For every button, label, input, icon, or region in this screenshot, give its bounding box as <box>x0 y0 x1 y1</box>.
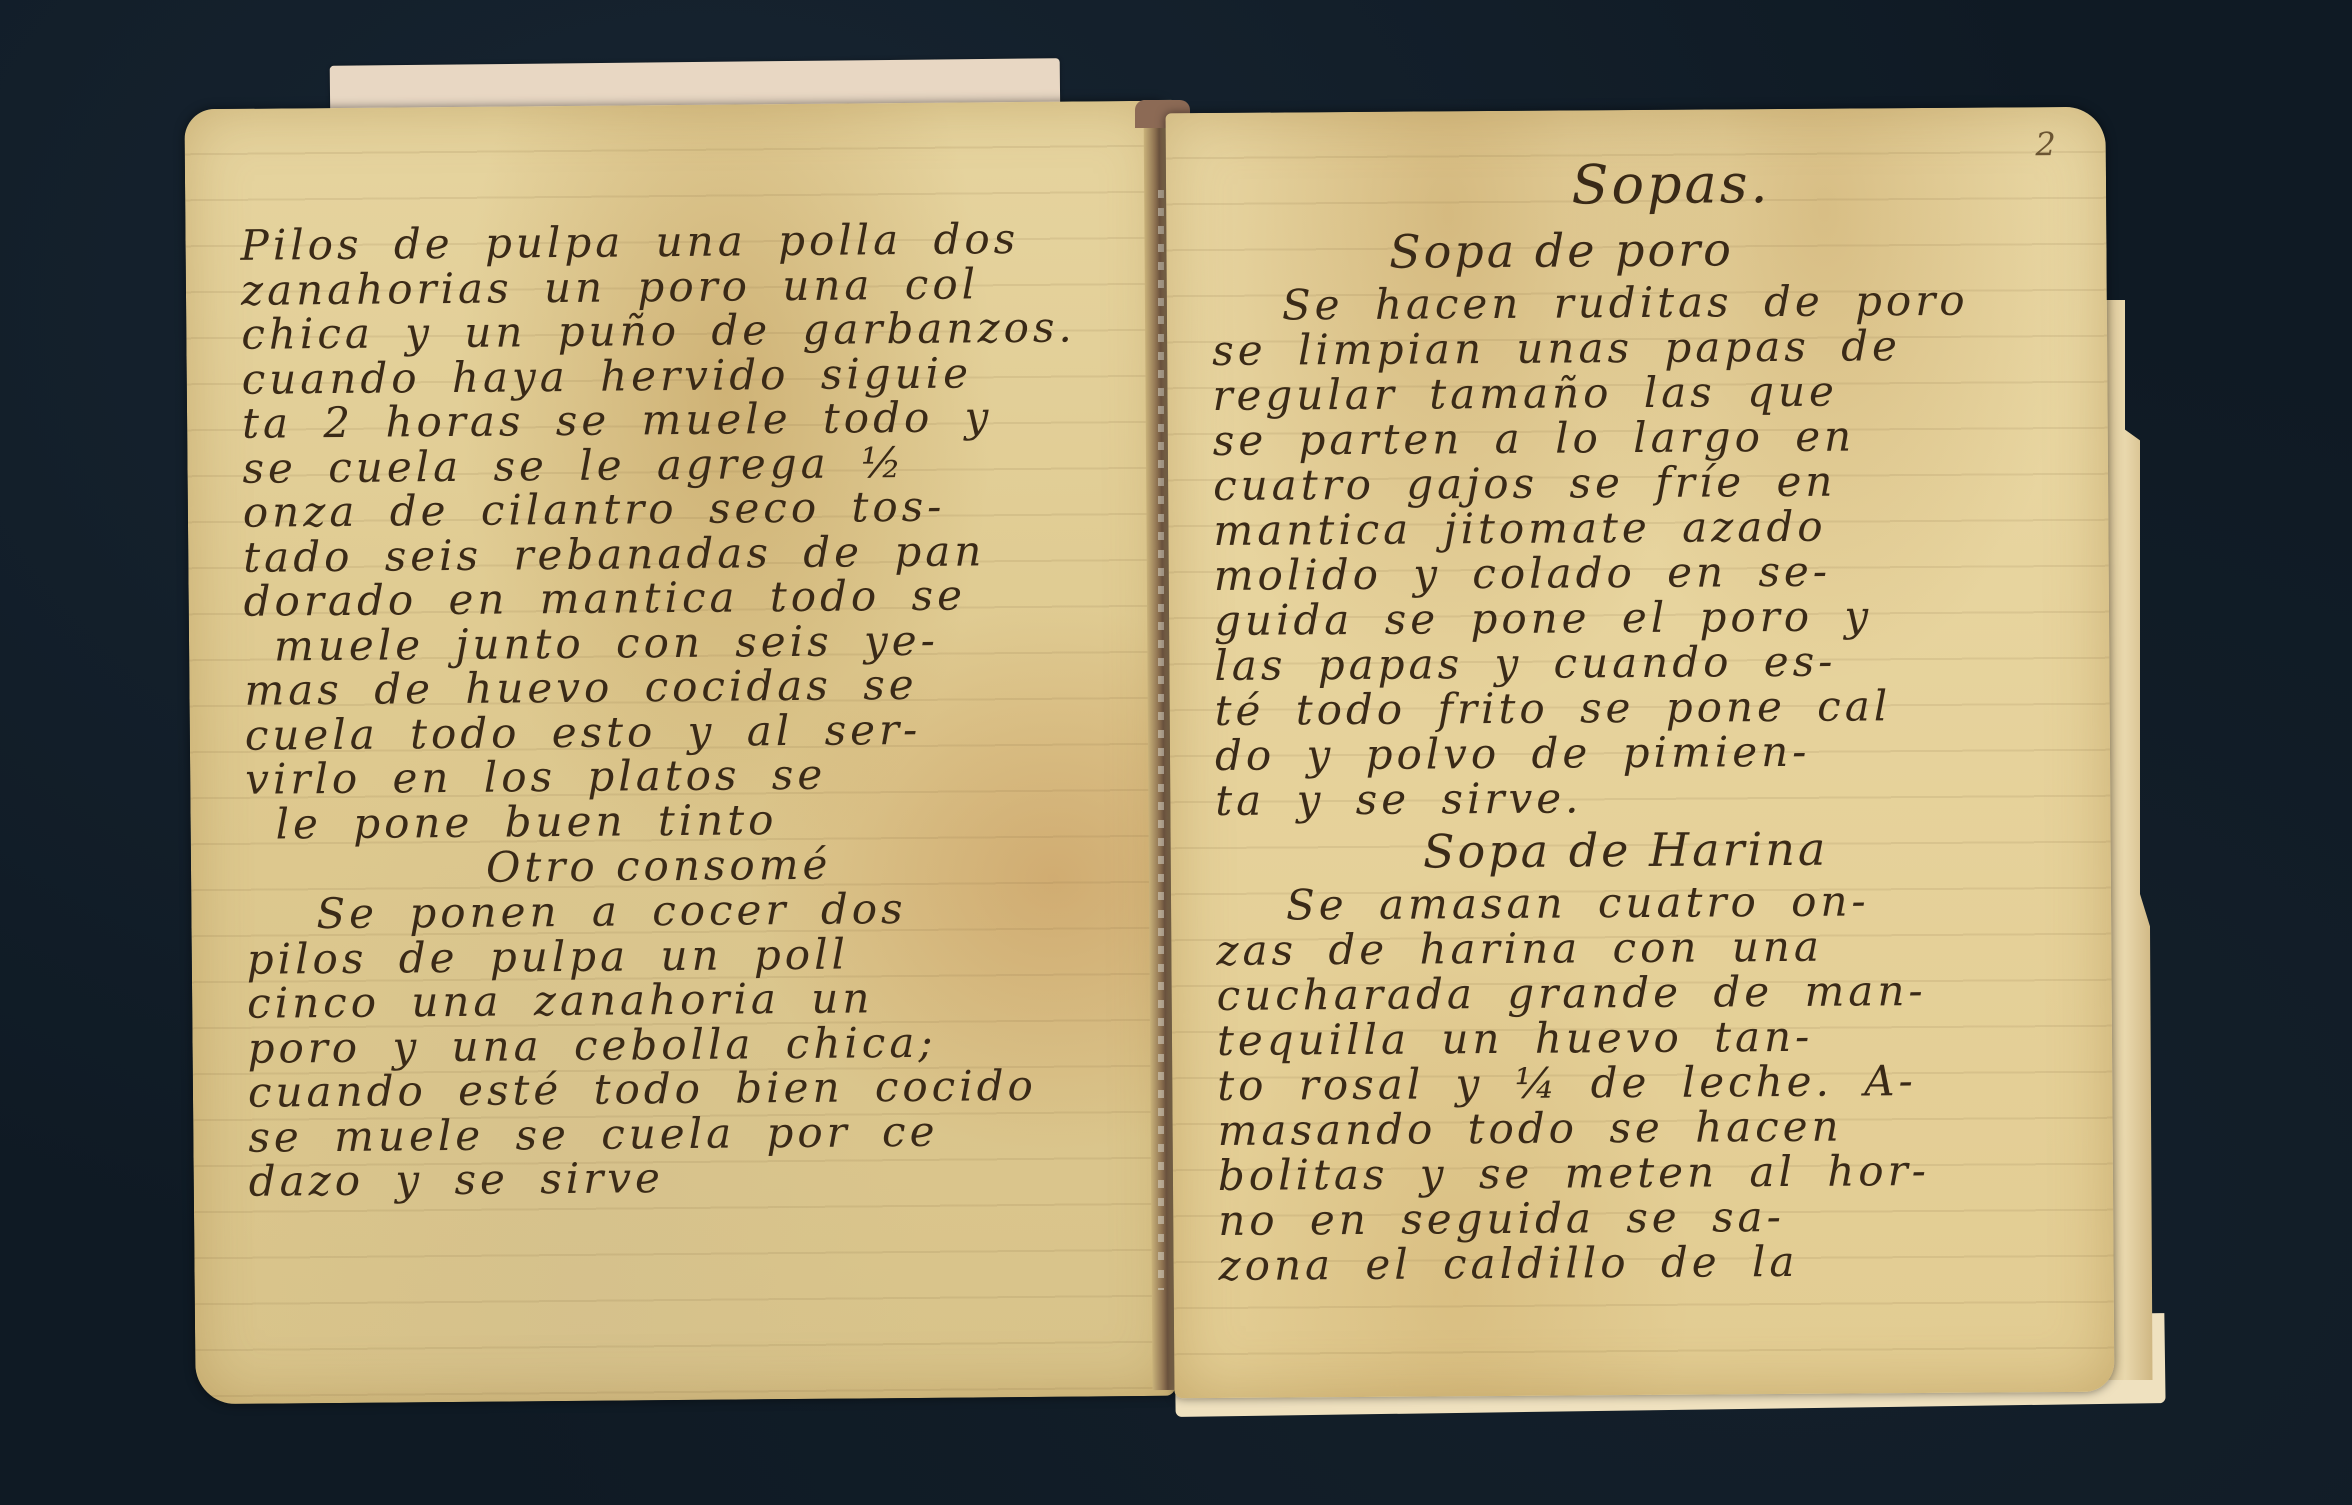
handwritten-line: chica y un puño de garbanzos. <box>241 305 1121 357</box>
handwritten-line: guida se pone el poro y <box>1214 592 2074 643</box>
handwritten-line: cinco una zanahoria un <box>247 974 1127 1026</box>
binding-thread <box>1158 190 1164 1290</box>
handwritten-line: masando todo se hacen <box>1217 1102 2077 1153</box>
handwritten-line: tequilla un huevo tan- <box>1217 1012 2077 1063</box>
handwritten-line: Se hacen ruditas de poro <box>1212 277 2072 328</box>
recipe-title: Sopa de Harina <box>1215 817 2075 883</box>
handwritten-line: do y polvo de pimien- <box>1215 727 2075 778</box>
handwritten-line: cucharada grande de man- <box>1217 967 2077 1018</box>
handwritten-line: Se amasan cuatro on- <box>1216 877 2076 928</box>
handwritten-line: Pilos de pulpa una polla dos <box>240 216 1120 268</box>
handwritten-line: se limpian unas papas de <box>1212 322 2072 373</box>
handwritten-line: dorado en mantica todo se <box>243 572 1123 624</box>
handwritten-line: onza de cilantro seco tos- <box>243 483 1123 535</box>
handwritten-line: se muele se cuela por ce <box>248 1108 1128 1160</box>
recipe-title: Sopa de poro <box>1211 217 2071 283</box>
handwritten-line: bolitas y se meten al hor- <box>1218 1147 2078 1198</box>
handwritten-line: dazo y se sirve <box>249 1152 1129 1204</box>
handwritten-line: regular tamaño las que <box>1212 367 2072 418</box>
recipe-title: Otro consomé <box>246 839 1126 893</box>
handwritten-line: cuatro gajos se fríe en <box>1213 457 2073 508</box>
handwritten-line: zas de harina con una <box>1216 922 2076 973</box>
handwritten-line: zona el caldillo de la <box>1218 1237 2078 1288</box>
handwritten-line: molido y colado en se- <box>1214 547 2074 598</box>
handwritten-line: las papas y cuando es- <box>1214 637 2074 688</box>
handwritten-line: cuando esté todo bien cocido <box>248 1063 1128 1115</box>
left-page: Pilos de pulpa una polla dos zanahorias … <box>184 101 1175 1405</box>
section-title: Sopas. <box>1211 147 2071 223</box>
handwritten-line: le pone buen tinto <box>245 795 1125 847</box>
open-notebook: Pilos de pulpa una polla dos zanahorias … <box>0 0 2352 1505</box>
handwritten-line: ta 2 horas se muele todo y <box>242 394 1122 446</box>
handwritten-line: mas de huevo cocidas se <box>244 661 1124 713</box>
left-page-text: Pilos de pulpa una polla dos zanahorias … <box>240 216 1129 1204</box>
right-page: 2 Sopas. Sopa de poro Se hacen ruditas d… <box>1166 107 2115 1399</box>
handwritten-line: Se ponen a cocer dos <box>246 885 1126 937</box>
handwritten-line: to rosal y ¼ de leche. A- <box>1217 1057 2077 1108</box>
handwritten-line: virlo en los platos se <box>245 750 1125 802</box>
handwritten-line: ta y se sirve. <box>1215 772 2075 823</box>
handwritten-line: té todo frito se pone cal <box>1215 682 2075 733</box>
handwritten-line: se parten a lo largo en <box>1213 412 2073 463</box>
right-page-text: Sopas. Sopa de poro Se hacen ruditas de … <box>1211 147 2079 1288</box>
handwritten-line: no en seguida se sa- <box>1218 1192 2078 1243</box>
handwritten-line: mantica jitomate azado <box>1213 502 2073 553</box>
